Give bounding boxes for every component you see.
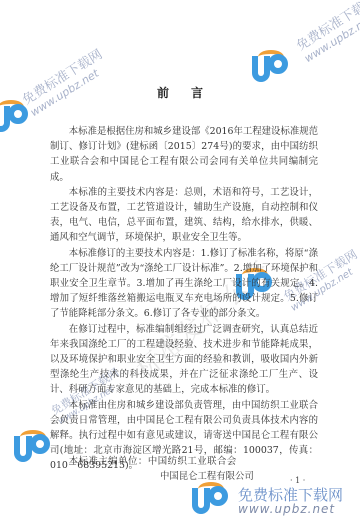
watermark-logo-left bbox=[0, 100, 32, 140]
brand-name-text: 免费标准下载网 bbox=[238, 488, 343, 502]
watermark-logo-bottom-left bbox=[14, 430, 54, 470]
page-title: 前言 bbox=[0, 84, 360, 101]
paragraph-origin: 本标准是根据住房和城乡建设部《2016年工程建设标准规范制订、修订计划》(建标函… bbox=[50, 124, 318, 185]
preface-body: 本标准是根据住房和城乡建设部《2016年工程建设标准规范制订、修订计划》(建标函… bbox=[50, 124, 318, 474]
editor-label: 本标准主编单位： bbox=[69, 456, 148, 467]
editor-unit-2: 中国昆仑工程有限公司 bbox=[160, 468, 254, 482]
up-logo-icon bbox=[0, 100, 32, 140]
up-logo-icon bbox=[14, 430, 54, 470]
brand-url-text: www.upbz.net bbox=[238, 502, 343, 516]
editor-unit-1: 中国纺织工业联合会 bbox=[148, 456, 237, 467]
watermark-bottom-brand: 免费标准下载网 www.upbz.net bbox=[192, 482, 343, 522]
watermark-top-right: 免费标准下载网 www.upbz.net bbox=[292, 38, 360, 70]
paragraph-main-content: 本标准的主要技术内容是：总则，术语和符号，工艺设计，工艺设备及布置，工艺管道设计… bbox=[50, 185, 318, 246]
paragraph-revision-content: 本标准修订的主要技术内容是：1.修订了标准名称，将原“涤纶工厂设计规范”改为“涤… bbox=[50, 246, 318, 322]
paragraph-revision-process: 在修订过程中，标准编制组经过广泛调查研究，认真总结近年来我国涤纶工厂的工程建设经… bbox=[50, 322, 318, 398]
document-page: 免费标准下载网 www.upbz.net 免费标准下载网 www.upbz.ne… bbox=[0, 0, 360, 522]
up-logo-icon bbox=[192, 482, 232, 522]
chief-editor-units: 本标准主编单位：中国纺织工业联合会 中国昆仑工程有限公司 bbox=[50, 453, 318, 467]
